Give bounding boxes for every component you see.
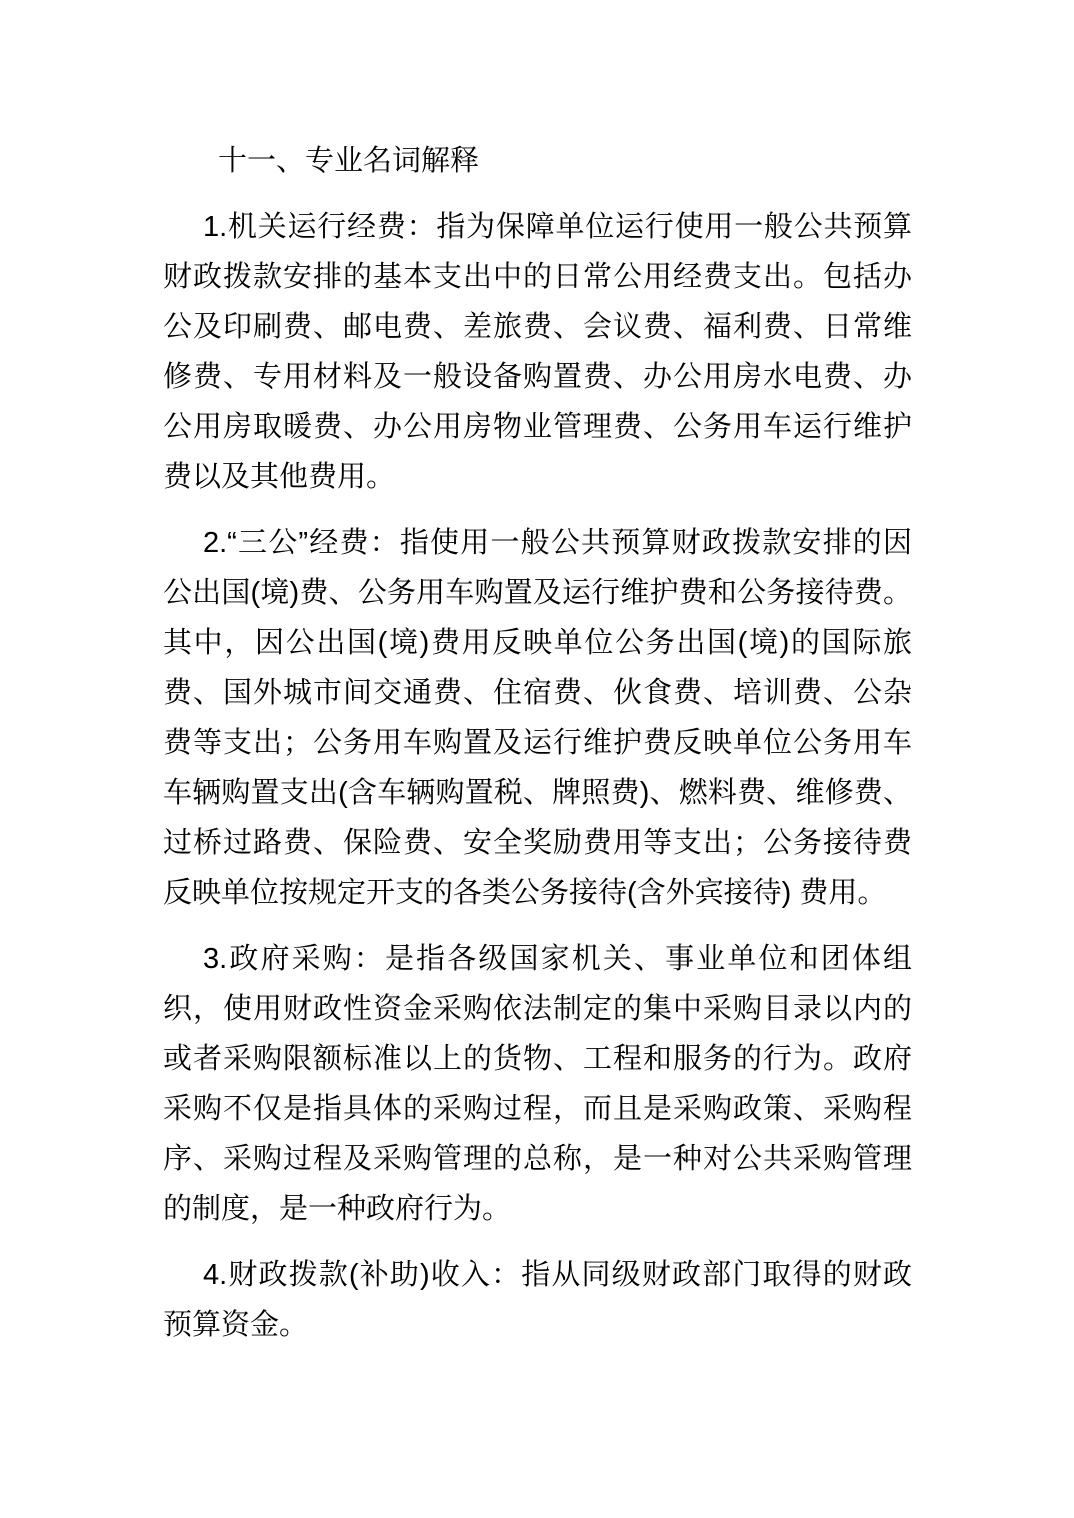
term-3-government-procurement: 3.政府采购：是指各级国家机关、事业单位和团体组织，使用财政性资金采购依法制定的…: [163, 934, 912, 1234]
section-title: 十一、专业名词解释: [163, 136, 912, 186]
document-page: 十一、专业名词解释 1.机关运行经费：指为保障单位运行使用一般公共预算财政拨款安…: [0, 0, 1074, 1518]
term-1-agency-operating-funds: 1.机关运行经费：指为保障单位运行使用一般公共预算财政拨款安排的基本支出中的日常…: [163, 202, 912, 502]
term-4-fiscal-appropriation-income: 4.财政拨款(补助)收入：指从同级财政部门取得的财政预算资金。: [163, 1250, 912, 1350]
term-2-three-public-expenses: 2.“三公”经费：指使用一般公共预算财政拨款安排的因公出国(境)费、公务用车购置…: [163, 518, 912, 918]
